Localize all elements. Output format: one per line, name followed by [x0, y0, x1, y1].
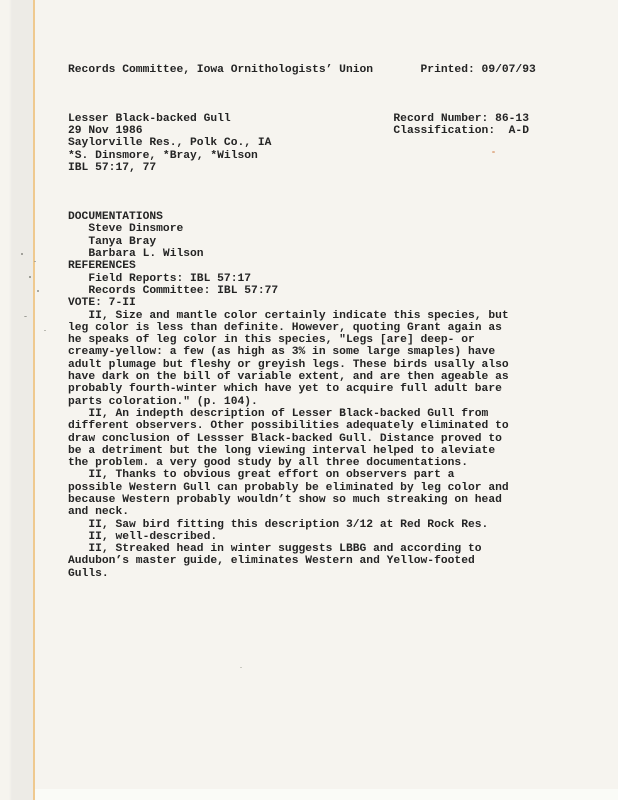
text-line: 29 Nov 1986 Classification: A-D — [68, 125, 536, 137]
text-line: Tanya Bray — [68, 236, 536, 248]
text-line: Field Reports: IBL 57:17 — [68, 273, 536, 285]
scan-speckle — [29, 276, 31, 278]
scan-margin-line — [33, 0, 35, 800]
text-line: Saylorville Res., Polk Co., IA — [68, 137, 536, 149]
text-line: REFERENCES — [68, 260, 536, 272]
scan-bottom-edge — [35, 789, 618, 800]
text-line: II, well-described. — [68, 531, 536, 543]
text-line: VOTE: 7-II — [68, 297, 536, 309]
text-line: leg color is less than definite. However… — [68, 322, 536, 334]
scan-speckle — [37, 290, 39, 292]
text-line: creamy-yellow: a few (as high as 3% in s… — [68, 346, 536, 358]
text-line: he speaks of leg color in this species, … — [68, 334, 536, 346]
text-line: Lesser Black-backed Gull Record Number: … — [68, 113, 536, 125]
text-line: draw conclusion of Lessser Black-backed … — [68, 433, 536, 445]
scan-speckle — [44, 330, 46, 331]
text-line: Audubon’s master guide, eliminates Weste… — [68, 555, 536, 567]
text-line: II, Streaked head in winter suggests LBB… — [68, 543, 536, 555]
text-line: possible Western Gull can probably be el… — [68, 482, 536, 494]
text-line: II, Saw bird fitting this description 3/… — [68, 519, 536, 531]
text-line: and neck. — [68, 506, 536, 518]
scan-left-margin — [0, 0, 33, 800]
text-line: Records Committee: IBL 57:77 — [68, 285, 536, 297]
scan-speckle — [24, 316, 27, 317]
text-line: IBL 57:17, 77 — [68, 162, 536, 174]
text-line: probably fourth-winter which have yet to… — [68, 383, 536, 395]
text-line: II, Size and mantle color certainly indi… — [68, 310, 536, 322]
record-info-block: Lesser Black-backed Gull Record Number: … — [68, 113, 536, 174]
text-line: *S. Dinsmore, *Bray, *Wilson — [68, 150, 536, 162]
text-line: II, Thanks to obvious great effort on ob… — [68, 469, 536, 481]
text-line: be a detriment but the long viewing inte… — [68, 445, 536, 457]
scan-speckle — [34, 261, 36, 262]
scan-speckle — [21, 253, 23, 255]
text-line: have dark on the bill of variable extent… — [68, 371, 536, 383]
text-line: because Western probably wouldn’t show s… — [68, 494, 536, 506]
text-line: different observers. Other possibilities… — [68, 420, 536, 432]
text-line: the problem. a very good study by all th… — [68, 457, 536, 469]
text-line: adult plumage but fleshy or greyish legs… — [68, 359, 536, 371]
document-body: DOCUMENTATIONS Steve Dinsmore Tanya Bray… — [68, 211, 536, 580]
text-line: DOCUMENTATIONS — [68, 211, 536, 223]
document-text: Records Committee, Iowa Ornithologists’ … — [68, 39, 536, 605]
scan-speckle — [240, 667, 242, 668]
text-line: parts coloration." (p. 104). — [68, 396, 536, 408]
document-header: Records Committee, Iowa Ornithologists’ … — [68, 64, 536, 76]
text-line: Steve Dinsmore — [68, 223, 536, 235]
text-line: Barbara L. Wilson — [68, 248, 536, 260]
text-line: Records Committee, Iowa Ornithologists’ … — [68, 64, 536, 76]
text-line: Gulls. — [68, 568, 536, 580]
text-line: II, An indepth description of Lesser Bla… — [68, 408, 536, 420]
